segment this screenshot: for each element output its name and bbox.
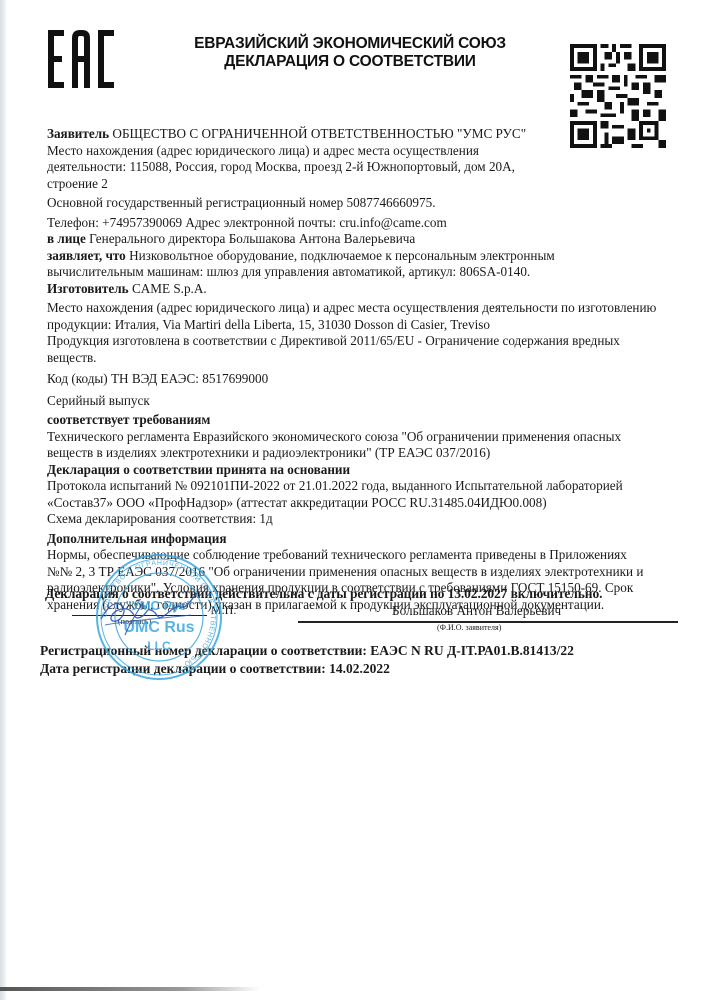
applicant-address-3: строение 2: [47, 176, 687, 193]
declares-section: заявляет, что Низковольтное оборудование…: [47, 248, 687, 265]
applicant-name: ОБЩЕСТВО С ОГРАНИЧЕННОЙ ОТВЕТСТВЕННОСТЬЮ…: [112, 126, 526, 141]
applicant-address-2: деятельности: 115088, Россия, город Моск…: [47, 159, 687, 176]
basis-label: Декларация о соответствии принята на осн…: [47, 462, 687, 479]
manufacturer-address-1: Место нахождения (адрес юридического лиц…: [47, 300, 687, 317]
validity-statement: Декларация о соответствии действительна …: [45, 586, 602, 602]
manufacturer-directive-2: веществ.: [47, 350, 687, 367]
applicant-address-1: Место нахождения (адрес юридического лиц…: [47, 143, 687, 160]
signature-caption: (подпись): [118, 617, 151, 626]
registration-date: Дата регистрации декларации о соответств…: [40, 661, 390, 677]
signature-line: [72, 615, 207, 616]
page-bottom-shadow: [0, 987, 260, 991]
person-label: в лице: [47, 231, 86, 246]
declares-line-1: Низковольтное оборудование, подключаемое…: [129, 248, 555, 263]
manufacturer-address-2: продукции: Италия, Via Martiri della Lib…: [47, 317, 687, 334]
manufacturer-label: Изготовитель: [47, 281, 129, 296]
conforms-label: соответствует требованиям: [47, 412, 687, 429]
release-type: Серийный выпуск: [47, 393, 687, 410]
basis-line-1: Протокола испытаний № 092101ПИ-2022 от 2…: [47, 478, 687, 495]
signer-name: Большаков Антон Валерьевич: [392, 603, 561, 619]
manufacturer-section: Изготовитель CAME S.p.A.: [47, 281, 687, 298]
hs-codes: Код (коды) ТН ВЭД ЕАЭС: 8517699000: [47, 371, 687, 388]
applicant-label: Заявитель: [47, 126, 109, 141]
person-name: Генерального директора Большакова Антона…: [89, 231, 415, 246]
additional-line-1: Нормы, обеспечивающие соблюдение требова…: [47, 547, 687, 564]
document-header: ЕВРАЗИЙСКИЙ ЭКОНОМИЧЕСКИЙ СОЮЗ ДЕКЛАРАЦИ…: [150, 35, 550, 71]
seal-place-label: М.П.: [211, 603, 236, 618]
basis-scheme: Схема декларирования соответствия: 1д: [47, 511, 687, 528]
eac-mark-icon: [48, 30, 114, 88]
declares-line-2: вычислительным машинам: шлюз для управле…: [47, 264, 687, 281]
conforms-line-2: веществ в изделиях электротехники и ради…: [47, 445, 687, 462]
additional-label: Дополнительная информация: [47, 531, 687, 548]
declares-label: заявляет, что: [47, 248, 126, 263]
manufacturer-directive-1: Продукция изготовлена в соответствии с Д…: [47, 333, 687, 350]
applicant-person: в лице Генерального директора Большакова…: [47, 231, 687, 248]
applicant-ogrn: Основной государственный регистрационный…: [47, 195, 687, 212]
header-union-title: ЕВРАЗИЙСКИЙ ЭКОНОМИЧЕСКИЙ СОЮЗ: [150, 35, 550, 53]
additional-line-2: №№ 2, 3 ТР ЕАЭС 037/2016 "Об ограничении…: [47, 564, 687, 581]
signer-name-caption: (Ф.И.О. заявителя): [437, 623, 501, 632]
conforms-line-1: Технического регламента Евразийского эко…: [47, 429, 687, 446]
header-document-title: ДЕКЛАРАЦИЯ О СООТВЕТСТВИИ: [150, 53, 550, 71]
declaration-body: Заявитель ОБЩЕСТВО С ОГРАНИЧЕННОЙ ОТВЕТС…: [47, 126, 687, 613]
applicant-section: Заявитель ОБЩЕСТВО С ОГРАНИЧЕННОЙ ОТВЕТС…: [47, 126, 687, 143]
manufacturer-name: CAME S.p.A.: [132, 281, 207, 296]
basis-line-2: «Состав37» ООО «ПрофНадзор» (аттестат ак…: [47, 495, 687, 512]
applicant-contacts: Телефон: +74957390069 Адрес электронной …: [47, 215, 687, 232]
registration-number: Регистрационный номер декларации о соотв…: [40, 643, 574, 659]
page-edge-shadow: [0, 0, 6, 1000]
